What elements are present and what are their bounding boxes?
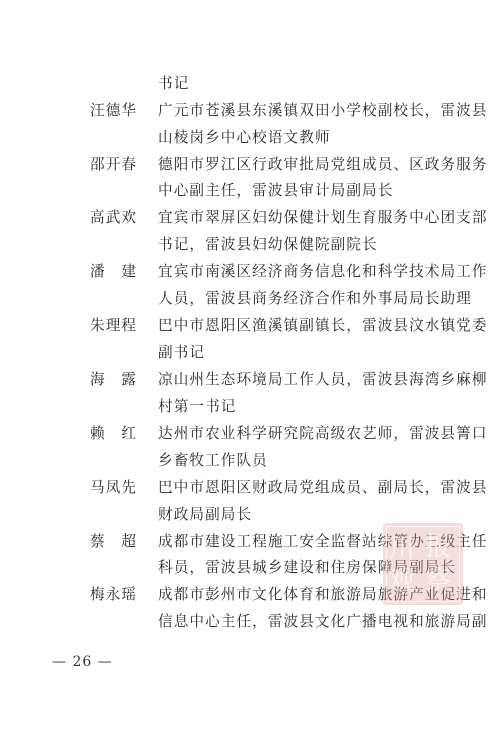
watermark-char: 观 <box>389 567 415 595</box>
position-line: 财政局副局长 <box>158 506 252 524</box>
position-line: 信息中心主任，雷波县文化广播电视和旅游局副 <box>158 613 488 631</box>
position-line: 广元市苍溪县东溪镇双田小学校副校长，雷波县 <box>158 102 488 120</box>
position-line: 宜宾市翠屏区妇幼保健计划生育服务中心团支部 <box>158 209 488 227</box>
person-name: 邵开春 <box>90 156 137 174</box>
person-name: 马凤先 <box>90 479 137 497</box>
position-line: 副书记 <box>158 344 205 362</box>
position-line: 巴中市恩阳区渔溪镇副镇长，雷波县汶水镇党委 <box>158 317 488 335</box>
person-name: 潘 建 <box>90 263 137 281</box>
position-line: 达州市农业科学研究院高级农艺师，雷波县箐口 <box>158 425 488 443</box>
watermark-stamp: 川 报 观 察 <box>383 523 463 605</box>
continuation-text: 书记 <box>158 75 189 93</box>
position-line: 村第一书记 <box>158 398 236 416</box>
position-line: 中心副主任，雷波县审计局副局长 <box>158 182 393 200</box>
position-line: 山棱岗乡中心校语文教师 <box>158 129 331 147</box>
person-name: 梅永瑶 <box>90 586 137 604</box>
page-number: — 26 — <box>52 653 113 671</box>
person-name: 赖 红 <box>90 425 137 443</box>
person-name: 汪德华 <box>90 102 137 120</box>
person-name: 朱理程 <box>90 317 137 335</box>
document-page: 书记 汪德华 广元市苍溪县东溪镇双田小学校副校长，雷波县 山棱岗乡中心校语文教师… <box>0 0 502 730</box>
position-line: 巴中市恩阳区财政局党组成员、副局长，雷波县 <box>158 479 488 497</box>
position-line: 凉山州生态环境局工作人员，雷波县海湾乡麻柳 <box>158 371 488 389</box>
position-line: 宜宾市南溪区经济商务信息化和科学技术局工作 <box>158 263 488 281</box>
person-name: 高武欢 <box>90 209 137 227</box>
watermark-char: 报 <box>425 533 451 561</box>
person-name: 海 露 <box>90 371 137 389</box>
watermark-char: 川 <box>389 535 415 563</box>
position-line: 德阳市罗江区行政审批局党组成员、区政务服务 <box>158 156 488 174</box>
person-name: 蔡 超 <box>90 533 137 551</box>
position-line: 乡畜牧工作队员 <box>158 452 268 470</box>
position-line: 书记，雷波县妇幼保健院副院长 <box>158 236 378 254</box>
watermark-char: 察 <box>425 567 451 595</box>
position-line: 人员，雷波县商务经济合作和外事局局长助理 <box>158 290 472 308</box>
